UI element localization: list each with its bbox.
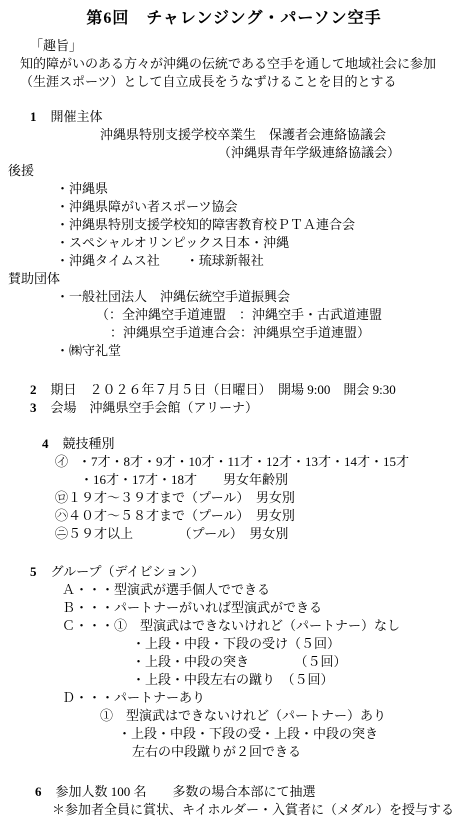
section4-heading: 4競技種別 [0,435,468,453]
category-item-4: ㋥５９才以上 （プール） 男女別 [0,525,468,543]
group-c-line: Ｃ・・・① 型演武はできないけれど（パートナー）なし [0,617,468,635]
section5-heading-label: グループ（デイビション） [51,564,205,579]
organizer-main: 沖縄県特別支援学校卒業生 保護者会連絡協議会 [0,126,468,144]
section3-text: 会場 沖縄県空手会館（アリーナ） [51,400,258,415]
sponsor-item: ・一般社団法人 沖縄伝統空手道振興会 [0,288,468,306]
support-heading: 後援 [0,162,468,180]
sponsor-item: ・㈱守礼堂 [0,342,468,360]
category-item-1-cont: ・16才・17才・18才 男女年齢別 [0,471,468,489]
group-d-sub-item: ・上段・中段・下段の受・上段・中段の突き [0,725,468,743]
section5-number: 5 [30,564,37,579]
group-c-sub-item: ・上段・中段の突き （５回） [0,653,468,671]
section2-line: 2期日 ２０２６年７月５日（日曜日） 開場 9:00 開会 9:30 [0,381,468,399]
section4-number: 4 [42,436,49,451]
category-item-2: ㋺１９才～３９才まで（プール） 男女別 [0,489,468,507]
section4-heading-label: 競技種別 [63,436,115,451]
group-c-sub-item: ・上段・中段左右の蹴り （５回） [0,671,468,689]
group-c-sub-item: ・上段・中段・下段の受け（５回） [0,635,468,653]
section2-text: 期日 ２０２６年７月５日（日曜日） 開場 9:00 開会 9:30 [51,382,396,397]
support-item: ・沖縄県 [0,180,468,198]
group-b-line: Ｂ・・・パートナーがいれば型演武ができる [0,599,468,617]
organizer-sub: （沖縄県青年学級連絡協議会） [0,144,468,162]
group-d-sub-item: 左右の中段蹴りが２回できる [0,743,468,761]
purpose-line-1: 知的障がいのある方々が沖縄の伝統である空手を通して地域社会に参加 [0,55,468,73]
section3-number: 3 [30,400,37,415]
category-item-3: ㋩４０才～５８才まで（プール） 男女別 [0,507,468,525]
group-a-line: Ａ・・・型演武が選手個人でできる [0,581,468,599]
purpose-line-2: （生涯スポーツ）として自立成長をうなずけることを目的とする [0,73,468,91]
category-item-1: ㋑・7才・8才・9才・10才・11才・12才・13才・14才・15才 [0,453,468,471]
section1-heading: 1開催主体 [0,108,468,126]
sponsor-paren-line-2: ：沖縄県空手道連合会：沖縄県空手道連盟） [0,324,468,342]
section6-number: 6 [35,784,42,799]
group-d-sub-heading: ① 型演武はできないけれど（パートナー）あり [0,707,468,725]
category-item-1-ages: ・7才・8才・9才・10才・11才・12才・13才・14才・15才 [78,454,409,469]
sponsor-paren-line-1: （：全沖縄空手道連盟 ：沖縄空手・古武道連盟 [0,306,468,324]
doc-title: 第6回 チャレンジング・パーソン空手 [0,0,468,31]
section6-line: 6参加人数 100 名 多数の場合本部にて抽選 [0,783,468,801]
support-item: ・沖縄タイムス社 ・琉球新報社 [0,252,468,270]
document-page: 第6回 チャレンジング・パーソン空手 「趣旨」 知的障がいのある方々が沖縄の伝統… [0,0,468,822]
section1-number: 1 [30,109,37,124]
group-d-line: Ｄ・・・パートナーあり [0,689,468,707]
section6-note: ＊参加者全員に賞状、キイホルダー・入賞者に（メダル）を授与する [0,801,468,819]
section2-number: 2 [30,382,37,397]
circled-i-marker: ㋑ [55,454,68,469]
section6-text: 参加人数 100 名 多数の場合本部にて抽選 [56,784,316,799]
support-item: ・スペシャルオリンピックス日本・沖縄 [0,234,468,252]
purpose-heading: 「趣旨」 [0,37,468,55]
support-item: ・沖縄県障がい者スポーツ協会 [0,198,468,216]
support-item: ・沖縄県特別支援学校知的障害教育校ＰＴＡ連合会 [0,216,468,234]
section5-heading: 5グループ（デイビション） [0,563,468,581]
section3-line: 3会場 沖縄県空手会館（アリーナ） [0,399,468,417]
sponsor-heading: 賛助団体 [0,270,468,288]
section1-heading-label: 開催主体 [51,109,103,124]
